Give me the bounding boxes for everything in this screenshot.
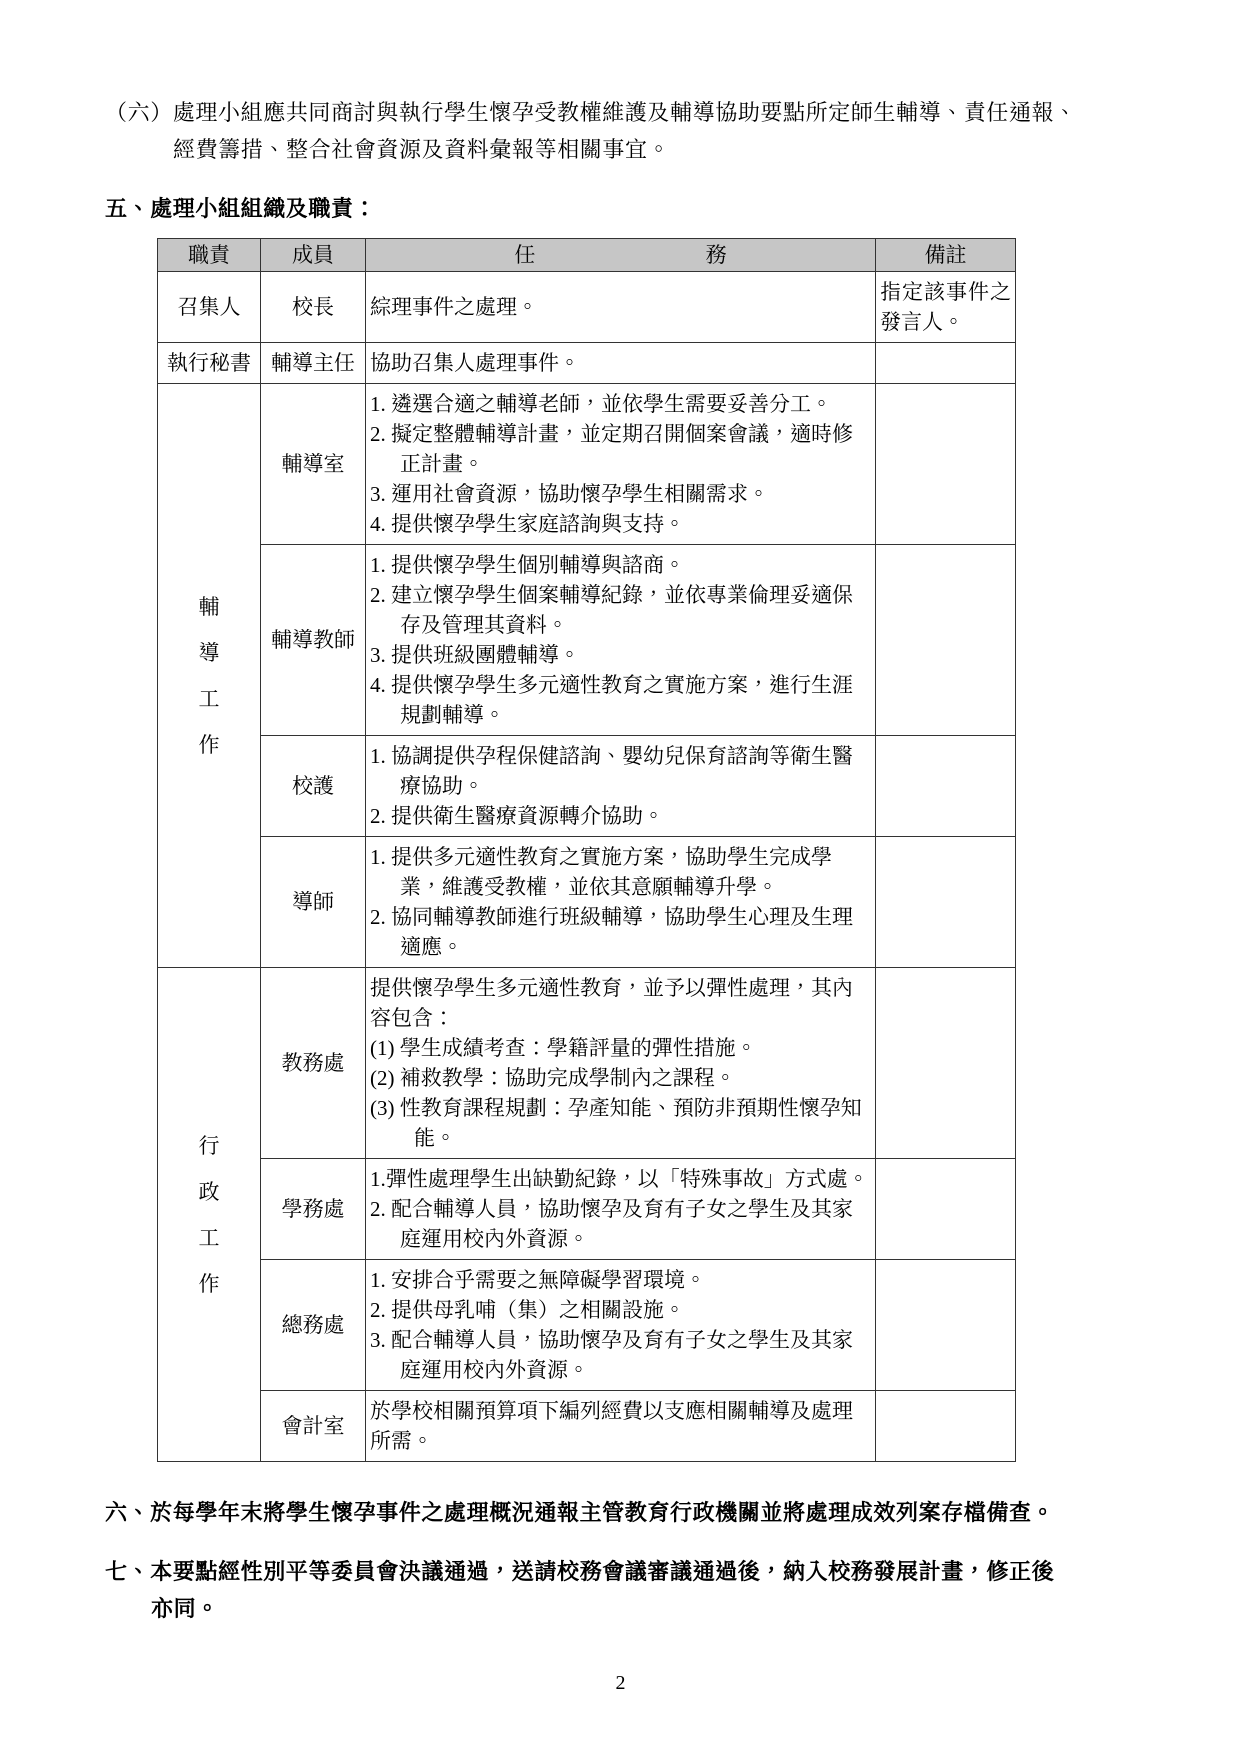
task-item: 協助召集人處理事件。	[370, 348, 871, 378]
table-row: 導師 1. 提供多元適性教育之實施方案，協助學生完成學業，維護受教權，並依其意願…	[158, 837, 1016, 968]
task-cell: 於學校相關預算項下編列經費以支應相關輔導及處理所需。	[366, 1391, 876, 1462]
section6-marker: 六、	[105, 1500, 150, 1525]
task-item: 2. 提供母乳哺（集）之相關設施。	[370, 1295, 871, 1325]
document-content: （六）處理小組應共同商討與執行學生懷孕受教權維護及輔導協助要點所定師生輔導、責任…	[0, 0, 1135, 1627]
task-item: 2. 提供衛生醫療資源轉介協助。	[370, 801, 871, 831]
group-cell-counseling: 輔導工作	[158, 384, 261, 968]
header-task: 任務	[366, 239, 876, 272]
note-cell	[876, 384, 1016, 545]
note-cell	[876, 1260, 1016, 1391]
note-cell	[876, 545, 1016, 736]
task-item: 1. 遴選合適之輔導老師，並依學生需要妥善分工。	[370, 389, 871, 419]
table-row: 執行秘書 輔導主任 協助召集人處理事件。	[158, 343, 1016, 384]
intro-paragraph: （六）處理小組應共同商討與執行學生懷孕受教權維護及輔導協助要點所定師生輔導、責任…	[105, 94, 1079, 168]
note-cell	[876, 736, 1016, 837]
table-row: 總務處 1. 安排合乎需要之無障礙學習環境。 2. 提供母乳哺（集）之相關設施。…	[158, 1260, 1016, 1391]
table-row: 行政工作 教務處 提供懷孕學生多元適性教育，並予以彈性處理，其內容包含： (1)…	[158, 968, 1016, 1159]
task-cell: 1. 協調提供孕程保健諮詢、嬰幼兒保育諮詢等衛生醫療協助。 2. 提供衛生醫療資…	[366, 736, 876, 837]
task-item: 2. 協同輔導教師進行班級輔導，協助學生心理及生理適應。	[370, 902, 871, 962]
task-cell: 1. 提供多元適性教育之實施方案，協助學生完成學業，維護受教權，並依其意願輔導升…	[366, 837, 876, 968]
member-cell: 教務處	[261, 968, 366, 1159]
task-item: 1. 提供懷孕學生個別輔導與諮商。	[370, 550, 871, 580]
task-cell: 1. 遴選合適之輔導老師，並依學生需要妥善分工。 2. 擬定整體輔導計畫，並定期…	[366, 384, 876, 545]
note-cell	[876, 968, 1016, 1159]
task-item: 1. 安排合乎需要之無障礙學習環境。	[370, 1265, 871, 1295]
group-label: 輔導工作	[199, 584, 220, 768]
note-cell	[876, 1391, 1016, 1462]
task-item: 4. 提供懷孕學生多元適性教育之實施方案，進行生涯規劃輔導。	[370, 670, 871, 730]
member-cell: 輔導主任	[261, 343, 366, 384]
section7-paragraph: 七、本要點經性別平等委員會決議通過，送請校務會議審議通過後，納入校務發展計畫，修…	[105, 1553, 1057, 1627]
table-row: 會計室 於學校相關預算項下編列經費以支應相關輔導及處理所需。	[158, 1391, 1016, 1462]
section6-paragraph: 六、於每學年末將學生懷孕事件之處理概況通報主管教育行政機關並將處理成效列案存檔備…	[105, 1494, 1057, 1531]
group-cell-administration: 行政工作	[158, 968, 261, 1462]
page-number: 2	[0, 1672, 1241, 1695]
member-cell: 校護	[261, 736, 366, 837]
task-item: 4. 提供懷孕學生家庭諮詢與支持。	[370, 509, 871, 539]
table-row: 輔導工作 輔導室 1. 遴選合適之輔導老師，並依學生需要妥善分工。 2. 擬定整…	[158, 384, 1016, 545]
task-item: 於學校相關預算項下編列經費以支應相關輔導及處理所需。	[370, 1396, 871, 1456]
task-item: 綜理事件之處理。	[370, 292, 871, 322]
task-cell: 提供懷孕學生多元適性教育，並予以彈性處理，其內容包含： (1) 學生成績考查：學…	[366, 968, 876, 1159]
task-cell: 1. 安排合乎需要之無障礙學習環境。 2. 提供母乳哺（集）之相關設施。 3. …	[366, 1260, 876, 1391]
table-header-row: 職責 成員 任務 備註	[158, 239, 1016, 272]
task-item: 3. 提供班級團體輔導。	[370, 640, 871, 670]
task-item: 3. 運用社會資源，協助懷孕學生相關需求。	[370, 479, 871, 509]
duty-cell: 召集人	[158, 272, 261, 343]
duty-table: 職責 成員 任務 備註 召集人 校長 綜理事件之處理。 指定該事件之發言人。	[157, 238, 1016, 1462]
task-cell: 1.彈性處理學生出缺勤紀錄，以「特殊事故」方式處。 2. 配合輔導人員，協助懷孕…	[366, 1159, 876, 1260]
member-cell: 會計室	[261, 1391, 366, 1462]
task-item: 1.彈性處理學生出缺勤紀錄，以「特殊事故」方式處。	[370, 1164, 871, 1194]
duty-cell: 執行秘書	[158, 343, 261, 384]
task-item: 2. 建立懷孕學生個案輔導紀錄，並依專業倫理妥適保存及管理其資料。	[370, 580, 871, 640]
task-item: 提供懷孕學生多元適性教育，並予以彈性處理，其內容包含：	[370, 973, 871, 1033]
header-duty: 職責	[158, 239, 261, 272]
task-item: 2. 配合輔導人員，協助懷孕及育有子女之學生及其家庭運用校內外資源。	[370, 1194, 871, 1254]
document-page: （六）處理小組應共同商討與執行學生懷孕受教權維護及輔導協助要點所定師生輔導、責任…	[0, 0, 1241, 1754]
intro-text: 處理小組應共同商討與執行學生懷孕受教權維護及輔導協助要點所定師生輔導、責任通報、…	[173, 100, 1077, 162]
task-cell: 1. 提供懷孕學生個別輔導與諮商。 2. 建立懷孕學生個案輔導紀錄，並依專業倫理…	[366, 545, 876, 736]
task-item: 1. 提供多元適性教育之實施方案，協助學生完成學業，維護受教權，並依其意願輔導升…	[370, 842, 871, 902]
task-item: 3. 配合輔導人員，協助懷孕及育有子女之學生及其家庭運用校內外資源。	[370, 1325, 871, 1385]
member-cell: 輔導教師	[261, 545, 366, 736]
task-item: 2. 擬定整體輔導計畫，並定期召開個案會議，適時修正計畫。	[370, 419, 871, 479]
member-cell: 校長	[261, 272, 366, 343]
table-row: 召集人 校長 綜理事件之處理。 指定該事件之發言人。	[158, 272, 1016, 343]
note-cell	[876, 1159, 1016, 1260]
task-item: (2) 補救教學：協助完成學制內之課程。	[370, 1063, 871, 1093]
note-cell	[876, 837, 1016, 968]
header-member: 成員	[261, 239, 366, 272]
member-cell: 輔導室	[261, 384, 366, 545]
table-row: 校護 1. 協調提供孕程保健諮詢、嬰幼兒保育諮詢等衛生醫療協助。 2. 提供衛生…	[158, 736, 1016, 837]
note-cell: 指定該事件之發言人。	[876, 272, 1016, 343]
intro-marker: （六）	[105, 100, 173, 125]
table-row: 學務處 1.彈性處理學生出缺勤紀錄，以「特殊事故」方式處。 2. 配合輔導人員，…	[158, 1159, 1016, 1260]
member-cell: 學務處	[261, 1159, 366, 1260]
section7-marker: 七、	[105, 1559, 150, 1584]
table-row: 輔導教師 1. 提供懷孕學生個別輔導與諮商。 2. 建立懷孕學生個案輔導紀錄，並…	[158, 545, 1016, 736]
header-note: 備註	[876, 239, 1016, 272]
group-label: 行政工作	[199, 1123, 220, 1307]
task-cell: 綜理事件之處理。	[366, 272, 876, 343]
member-cell: 導師	[261, 837, 366, 968]
note-cell	[876, 343, 1016, 384]
task-cell: 協助召集人處理事件。	[366, 343, 876, 384]
section7-text: 本要點經性別平等委員會決議通過，送請校務會議審議通過後，納入校務發展計畫，修正後…	[150, 1559, 1054, 1621]
task-item: (1) 學生成績考查：學籍評量的彈性措施。	[370, 1033, 871, 1063]
header-task-char-1: 任	[515, 242, 536, 268]
header-task-char-2: 務	[706, 242, 727, 268]
task-item: 1. 協調提供孕程保健諮詢、嬰幼兒保育諮詢等衛生醫療協助。	[370, 741, 871, 801]
member-cell: 總務處	[261, 1260, 366, 1391]
task-item: (3) 性教育課程規劃：孕產知能、預防非預期性懷孕知能。	[370, 1093, 871, 1153]
section6-text: 於每學年末將學生懷孕事件之處理概況通報主管教育行政機關並將處理成效列案存檔備查。	[150, 1500, 1054, 1525]
section5-heading: 五、處理小組組織及職責：	[105, 190, 1135, 228]
